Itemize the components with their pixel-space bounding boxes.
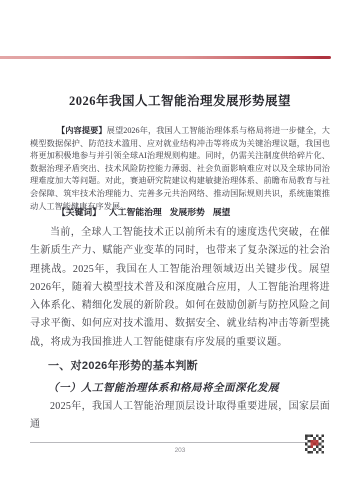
abstract-paragraph: 【内容提要】展望2026年，我国人工智能治理体系与格局将进一步健全，大模型数据保… (30, 125, 330, 213)
header-accent-line (0, 56, 331, 59)
keyword-item: 人工智能治理 (109, 207, 162, 217)
footer-rule (30, 442, 306, 443)
keywords-label: 【关键词】 (57, 207, 101, 217)
section-heading: 一、对2026年形势的基本判断 (48, 357, 198, 373)
article-title: 2026年我国人工智能治理发展形势展望 (0, 91, 360, 109)
qr-code-icon (305, 434, 324, 454)
document-page: 2026年我国人工智能治理发展形势展望 【内容提要】展望2026年，我国人工智能… (0, 0, 360, 488)
abstract-label: 【内容提要】 (57, 126, 107, 135)
intro-paragraph: 当前，全球人工智能技术正以前所未有的速度迭代突破，在催生新质生产力、赋能产业变革… (30, 224, 330, 352)
keyword-item: 发展形势 (170, 207, 205, 217)
keywords-line: 【关键词】人工智能治理发展形势展望 (30, 205, 330, 218)
section-paragraph: 2025年，我国人工智能治理顶层设计取得重要进展，国家层面通 (30, 398, 330, 435)
subsection-heading: （一）人工智能治理体系和格局将全面深化发展 (48, 380, 279, 395)
keyword-item: 展望 (213, 207, 231, 217)
abstract-text: 展望2026年，我国人工智能治理体系与格局将进一步健全，大模型数据保护、防范技术… (30, 126, 330, 211)
